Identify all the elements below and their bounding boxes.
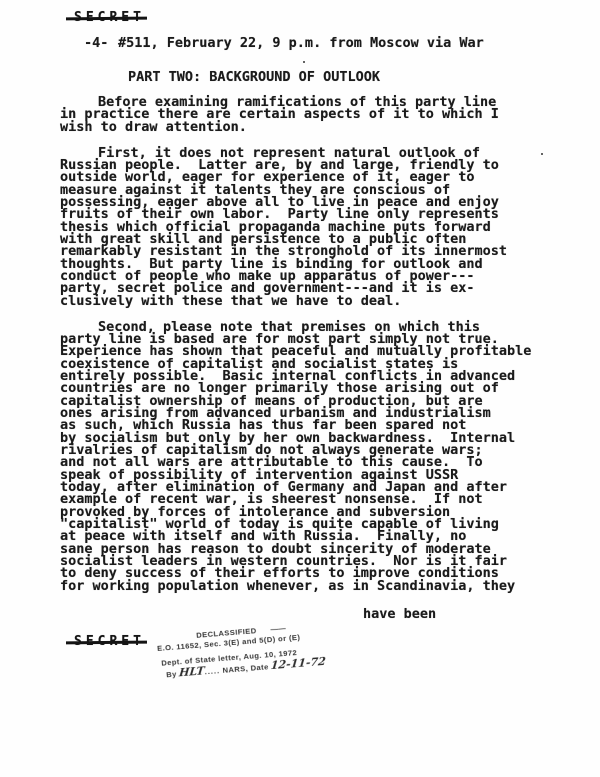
ink-speck: [303, 61, 305, 63]
cable-reference: #511, February 22, 9 p.m. from Moscow vi…: [118, 35, 484, 51]
stamp-nars-date-label: NARS, Date: [222, 662, 269, 675]
stamp-signature-dots: .....: [204, 666, 220, 676]
paragraph-intro: Before examining ramifications of this p…: [60, 96, 560, 133]
paragraph-second-point: Second, please note that premises on whi…: [60, 321, 560, 593]
classification-stamp-top: SECRET: [74, 10, 145, 25]
page-number: -4-: [84, 35, 108, 51]
stamp-by-label: By: [166, 670, 177, 680]
body-text: Before examining ramifications of this p…: [60, 96, 560, 592]
stamp-dash: ——: [270, 624, 286, 634]
ink-speck: [541, 153, 543, 155]
section-heading: PART TWO: BACKGROUND OF OUTLOOK: [128, 69, 380, 85]
stamp-initials-signature: HLT: [179, 666, 205, 677]
declassification-stamp: DECLASSIFIED—— E.O. 11652, Sec. 3(E) and…: [156, 616, 389, 680]
classification-stamp-bottom: SECRET: [74, 634, 145, 649]
paragraph-first-point: First, it does not represent natural out…: [60, 147, 560, 307]
telegram-page: SECRET -4- #511, February 22, 9 p.m. fro…: [0, 0, 600, 777]
stamp-handwritten-date: 12-11-72: [271, 657, 327, 670]
